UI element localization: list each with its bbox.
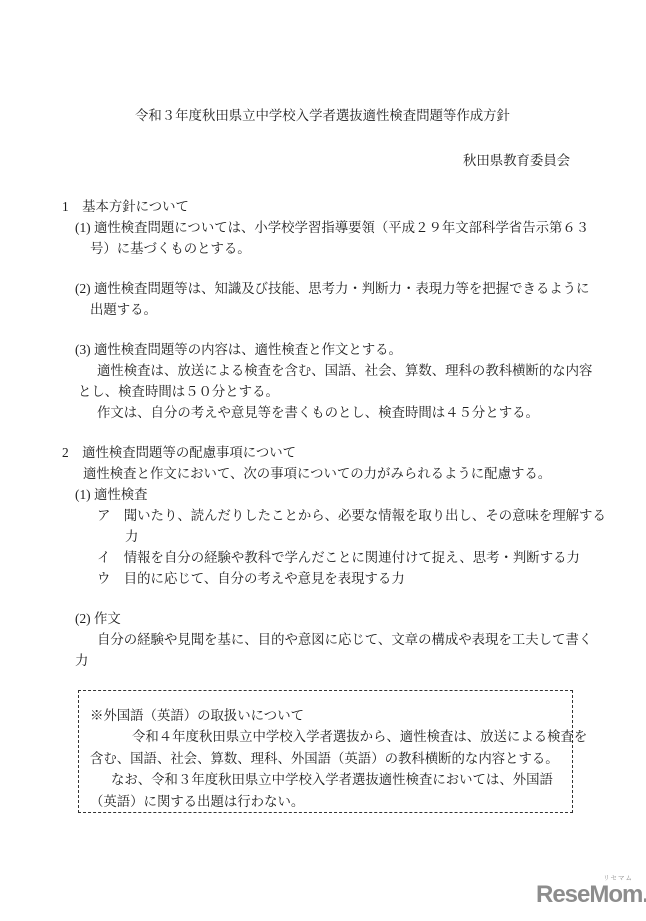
s2-point-u: ウ 目的に応じて、自分の考えや意見を表現する力 <box>97 568 646 589</box>
resemom-logo-text: ReseMom. <box>536 883 636 907</box>
note-line-1: ※外国語（英語）の取扱いについて <box>79 705 572 726</box>
s1-item-1-line-1: (1) 適性検査問題については、小学校学習指導要領（平成２９年文部科学省告示第６… <box>75 217 646 238</box>
section-1-heading: 1 基本方針について <box>62 196 646 217</box>
s2-point-a-line-2: 力 <box>125 526 646 547</box>
s2-item-1-label: (1) 適性検査 <box>75 484 646 505</box>
resemom-logo-ruby: リセマム <box>603 876 633 883</box>
s1-item-1-line-2: 号）に基づくものとする。 <box>90 238 646 259</box>
s1-item-3-line-2: 適性検査は、放送による検査を含む、国語、社会、算数、理科の教科横断的な内容 <box>97 360 646 381</box>
s2-point-a-line-1: ア 聞いたり、読んだりしたことから、必要な情報を取り出し、その意味を理解する <box>97 505 646 526</box>
note-line-5: （英語）に関する出題は行わない。 <box>79 791 572 812</box>
section-2-intro: 適性検査と作文において、次の事項についての力がみられるように配慮する。 <box>83 463 646 484</box>
document-title: 令和３年度秋田県立中学校入学者選抜適性検査問題等作成方針 <box>135 105 646 126</box>
s1-item-3-line-1: (3) 適性検査問題等の内容は、適性検査と作文とする。 <box>75 339 646 360</box>
resemom-logo: リセマム ReseMom. <box>536 876 636 907</box>
s1-item-3-line-4: 作文は、自分の考えや意見等を書くものとし、検査時間は４５分とする。 <box>97 402 646 423</box>
s1-item-3-line-3: とし、検査時間は５０分とする。 <box>78 381 646 402</box>
s2-item-2-label: (2) 作文 <box>75 608 646 629</box>
document-page: 令和３年度秋田県立中学校入学者選抜適性検査問題等作成方針 秋田県教育委員会 1 … <box>0 0 646 921</box>
s2-item-2-line-1: 自分の経験や見聞を基に、目的や意図に応じて、文章の構成や表現を工夫して書く <box>97 629 646 650</box>
note-line-4: なお、令和３年度秋田県立中学校入学者選抜適性検査においては、外国語 <box>79 769 572 790</box>
s1-item-2-line-1: (2) 適性検査問題等は、知識及び技能、思考力・判断力・表現力等を把握できるよう… <box>75 278 646 299</box>
organization-name: 秋田県教育委員会 <box>463 150 646 171</box>
s2-item-2-line-2: 力 <box>75 650 646 671</box>
foreign-language-note-box: ※外国語（英語）の取扱いについて 令和４年度秋田県立中学校入学者選抜から、適性検… <box>78 690 573 813</box>
s1-item-2-line-2: 出題する。 <box>90 299 646 320</box>
s2-point-i: イ 情報を自分の経験や教科で学んだことに関連付けて捉え、思考・判断する力 <box>97 547 646 568</box>
note-line-2: 令和４年度秋田県立中学校入学者選抜から、適性検査は、放送による検査を <box>79 726 572 747</box>
section-2-heading: 2 適性検査問題等の配慮事項について <box>62 442 646 463</box>
note-line-3: 含む、国語、社会、算数、理科、外国語（英語）の教科横断的な内容とする。 <box>79 748 572 769</box>
